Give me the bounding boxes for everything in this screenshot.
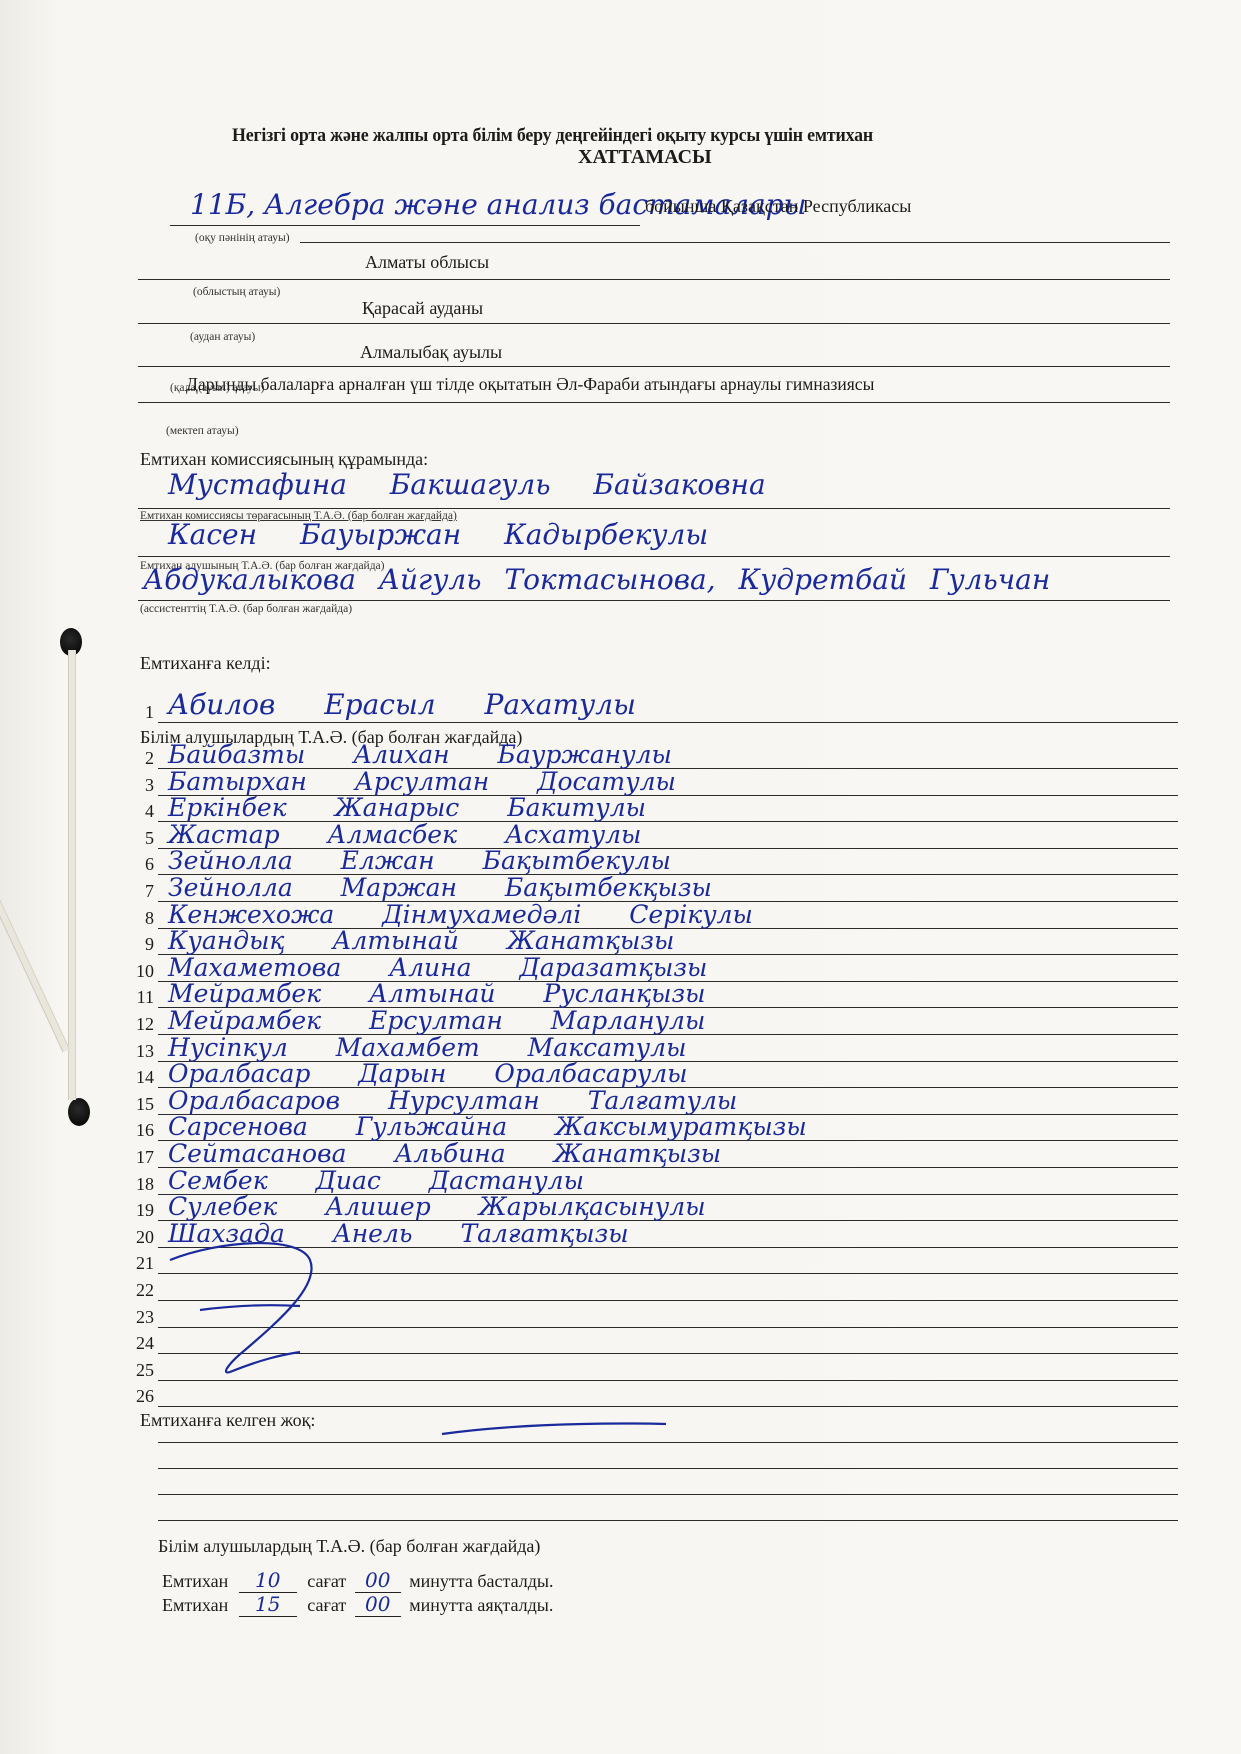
student-number: 12 xyxy=(128,1014,154,1035)
exam-start-prefix: Емтихан xyxy=(162,1571,228,1591)
student-number: 20 xyxy=(128,1227,154,1248)
student-number: 4 xyxy=(128,801,154,822)
document-title-main: ХАТТАМАСЫ xyxy=(578,146,712,169)
exam-start-minutes: 00 xyxy=(365,1568,390,1592)
attended-label: Емтиханға келді: xyxy=(140,653,271,674)
student-number: 26 xyxy=(128,1386,154,1407)
examiner-line xyxy=(138,556,1170,557)
student-number: 17 xyxy=(128,1147,154,1168)
student-number: 13 xyxy=(128,1041,154,1062)
student-number: 8 xyxy=(128,908,154,929)
student-name: Сарсенова Гульжайна Жаксымуратқызы xyxy=(168,1112,807,1141)
student-number: 11 xyxy=(128,987,154,1008)
exam-end-hours-label: сағат xyxy=(307,1595,346,1615)
exam-end-hours: 15 xyxy=(255,1592,280,1616)
student-name: Мейрамбек Ерсултан Марланулы xyxy=(168,1006,705,1035)
school-line xyxy=(138,402,1170,403)
commission-chair-name: Мустафина Бакшагуль Байзаковна xyxy=(168,468,766,501)
exam-start-hours-label: сағат xyxy=(307,1571,346,1591)
absent-line-2 xyxy=(158,1468,1178,1469)
village-value: Алмалыбақ ауылы xyxy=(360,342,502,363)
subject-line-2 xyxy=(300,242,1170,243)
student-number: 24 xyxy=(128,1333,154,1354)
district-line xyxy=(138,323,1170,324)
absent-line-4 xyxy=(158,1520,1178,1521)
student-number: 2 xyxy=(128,748,154,769)
student-name: Нусіпкул Махамбет Максатулы xyxy=(168,1033,686,1062)
exam-start-suffix: минутта басталды. xyxy=(409,1571,553,1591)
absent-label: Емтиханға келген жоқ: xyxy=(140,1410,315,1431)
student-name: Абилов Ерасыл Рахатулы xyxy=(168,688,636,721)
student-number: 23 xyxy=(128,1307,154,1328)
student-number: 14 xyxy=(128,1067,154,1088)
attended-caption: Білім алушылардың Т.А.Ә. (бар болған жағ… xyxy=(140,727,522,748)
absent-caption: Білім алушылардың Т.А.Ә. (бар болған жағ… xyxy=(158,1536,540,1557)
student-name: Куандық Алтынай Жанатқызы xyxy=(168,926,674,955)
student-name: Зейнолла Маржан Бақытбекқызы xyxy=(168,873,712,902)
exam-end-prefix: Емтихан xyxy=(162,1595,228,1615)
student-number: 5 xyxy=(128,828,154,849)
subject-suffix: бойынша Қазақстан Республикасы xyxy=(645,196,911,217)
region-line xyxy=(138,279,1170,280)
student-name: Еркінбек Жанарыс Бакитулы xyxy=(168,793,646,822)
student-number: 6 xyxy=(128,854,154,875)
student-number: 16 xyxy=(128,1120,154,1141)
student-name: Батырхан Арсултан Досатулы xyxy=(168,767,676,796)
student-name: Оралбасар Дарын Оралбасарулы xyxy=(168,1059,688,1088)
student-number: 21 xyxy=(128,1253,154,1274)
absent-line-1 xyxy=(158,1442,1178,1443)
protocol-page: Негізгі орта және жалпы орта білім беру … xyxy=(0,0,1241,1754)
exam-end-suffix: минутта аяқталды. xyxy=(409,1595,553,1615)
school-value: Дарынды балаларға арналған үш тілде оқыт… xyxy=(186,374,874,395)
exam-start-row: Емтихан 10 сағат 00 минутта басталды. xyxy=(162,1568,553,1593)
strikeout-z-mark xyxy=(160,1240,420,1380)
exam-end-row: Емтихан 15 сағат 00 минутта аяқталды. xyxy=(162,1592,553,1617)
subject-caption: (оқу пәнінің атауы) xyxy=(195,232,290,244)
commission-assistants-caption: (ассистенттің Т.А.Ә. (бар болған жағдайд… xyxy=(140,603,352,615)
student-name: Оралбасаров Нурсултан Талғатулы xyxy=(168,1086,737,1115)
binding-string xyxy=(68,650,76,1100)
student-name: Мейрамбек Алтынай Русланқызы xyxy=(168,979,705,1008)
student-name: Сембек Диас Дастанулы xyxy=(168,1166,584,1195)
commission-assistants-names: Абдукалыкова Айгуль Токтасынова, Кудретб… xyxy=(143,563,1050,596)
student-number: 22 xyxy=(128,1280,154,1301)
student-row-line xyxy=(158,1406,1178,1407)
region-value: Алматы облысы xyxy=(365,252,489,273)
student-name: Сейтасанова Альбина Жанатқызы xyxy=(168,1139,721,1168)
student-number: 1 xyxy=(128,702,154,723)
subject-line xyxy=(170,225,640,226)
district-caption: (аудан атауы) xyxy=(190,331,255,343)
commission-examiner-name: Касен Бауыржан Кадырбекулы xyxy=(168,518,708,551)
binding-string-loop xyxy=(0,868,70,1053)
student-name: Сулебек Алишер Жарылқасынулы xyxy=(168,1192,706,1221)
student-number: 15 xyxy=(128,1094,154,1115)
student-name: Махаметова Алина Даразатқызы xyxy=(168,953,707,982)
village-line xyxy=(138,366,1170,367)
absent-line-3 xyxy=(158,1494,1178,1495)
student-row-line xyxy=(158,722,1178,723)
student-name: Кенжехожа Дінмухамедәлі Серікулы xyxy=(168,900,753,929)
student-number: 25 xyxy=(128,1360,154,1381)
student-number: 9 xyxy=(128,934,154,955)
commission-label: Емтихан комиссиясының құрамында: xyxy=(140,449,428,470)
district-value: Қарасай ауданы xyxy=(362,298,483,319)
document-title: Негізгі орта және жалпы орта білім беру … xyxy=(232,125,873,147)
student-number: 3 xyxy=(128,775,154,796)
exam-start-hours: 10 xyxy=(255,1568,280,1592)
student-name: Зейнолла Елжан Бақытбекулы xyxy=(168,846,671,875)
student-number: 7 xyxy=(128,881,154,902)
student-number: 19 xyxy=(128,1200,154,1221)
assistants-line xyxy=(138,600,1170,601)
school-caption: (мектеп атауы) xyxy=(166,425,239,437)
exam-end-minutes: 00 xyxy=(365,1592,390,1616)
absent-dash-mark xyxy=(440,1418,670,1438)
student-number: 18 xyxy=(128,1174,154,1195)
student-number: 10 xyxy=(128,961,154,982)
binding-hole-bottom xyxy=(68,1098,90,1126)
chair-line xyxy=(138,508,1170,509)
region-caption: (облыстың атауы) xyxy=(193,286,280,298)
student-name: Жастар Алмасбек Асхатулы xyxy=(168,820,641,849)
